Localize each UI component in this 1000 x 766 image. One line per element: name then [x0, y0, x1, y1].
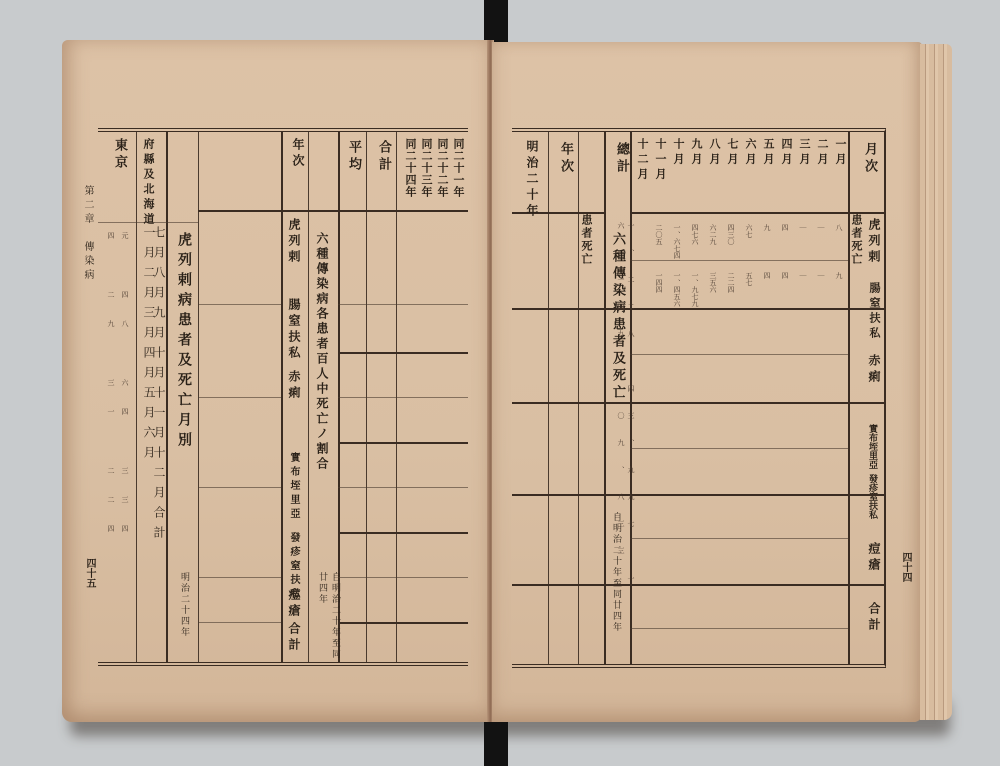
disease-diphtheria: 實布垤里亞	[286, 452, 301, 522]
year-header-23: 同二十三年	[418, 138, 434, 198]
month-header-10: 十月	[670, 138, 686, 168]
cholera-table-title: 虎列剌病患者及死亡月別	[174, 232, 194, 452]
binding-strap-top	[484, 0, 508, 44]
month-header-3: 三月	[796, 138, 812, 168]
r-disease-total: 合計	[866, 602, 883, 634]
col-prefectures-header: 府縣及北海道	[140, 138, 156, 228]
month-header-7: 七月	[724, 138, 740, 168]
month-header-8: 八月	[706, 138, 722, 168]
r-disease-diphtheria: 實布垤里亞	[866, 424, 879, 469]
row-labels-left-cholera: 患者死亡	[580, 214, 592, 266]
month-header-1: 一月	[832, 138, 848, 168]
col-year-header: 年次	[556, 142, 575, 176]
month-header-2: 二月	[814, 138, 830, 168]
col-year-value: 明治二十年	[524, 140, 541, 220]
month-header-11: 十一月	[652, 138, 668, 183]
disease-total: 合計	[286, 622, 303, 654]
tokyo-deaths-col: 四 二九 三一 二二四	[106, 232, 116, 652]
col-year-header: 年次	[290, 138, 307, 170]
disease-smallpox: 痘瘡	[286, 588, 303, 620]
r-disease-smallpox: 痘瘡	[866, 542, 883, 574]
month-header-12: 十二月	[634, 138, 650, 183]
binding-strap-bottom	[484, 722, 508, 766]
rate-table-title: 六種傳染病各患者百人中死亡ノ割合	[314, 232, 331, 472]
month-header-6: 六月	[742, 138, 758, 168]
disease-cholera: 虎列剌	[286, 218, 303, 266]
r-disease-dysentery: 赤痢	[866, 354, 883, 386]
year-header-21: 同二十一年	[450, 138, 466, 198]
col-tokyo-header: 東京	[110, 138, 129, 172]
col-average-header: 平均	[344, 140, 363, 174]
month-header-9: 九月	[688, 138, 704, 168]
col-total-header: 合計	[374, 140, 393, 174]
left-page-number: 四十五	[82, 558, 97, 588]
tokyo-patients-col: 元 四八 六四 三三四	[120, 232, 130, 652]
row-labels-cholera: 患者死亡	[850, 214, 862, 266]
right-table: 明治二十年 年次 六種傳染病患者及死亡 自明治二十年至同廿四年 總計 月次 一月…	[512, 128, 886, 668]
col-total-header: 總計	[612, 142, 631, 176]
r-disease-typhoid: 腸窒扶私	[866, 282, 882, 342]
month-header-5: 五月	[760, 138, 776, 168]
year-header-22: 同二十二年	[434, 138, 450, 198]
rate-period-note: 自明治二十年至同廿四年	[316, 572, 342, 662]
totals-col: 一、二二八 四三、九九七 一六、一四九 一〇九、八三三	[616, 222, 636, 652]
cholera-year-note: 明治二十四年	[178, 572, 191, 638]
year-header-24: 同二十四年	[402, 138, 418, 198]
right-page-number: 四十四	[898, 552, 913, 582]
page-edges	[920, 44, 952, 720]
left-table: 東京 府縣及北海道 虎列剌病患者及死亡月別 明治二十四年 年次 六種傳染病各患者…	[98, 128, 468, 666]
disease-dysentery: 赤痢	[286, 370, 303, 402]
disease-typhoid: 腸窒扶私	[286, 298, 303, 362]
month-header-4: 四月	[778, 138, 794, 168]
r-disease-cholera: 虎列剌	[866, 218, 883, 266]
running-head: 第二章 傳染病	[80, 185, 95, 283]
r-disease-typhus: 發疹窒扶私	[866, 474, 879, 519]
col-month-header: 月次	[860, 142, 879, 176]
